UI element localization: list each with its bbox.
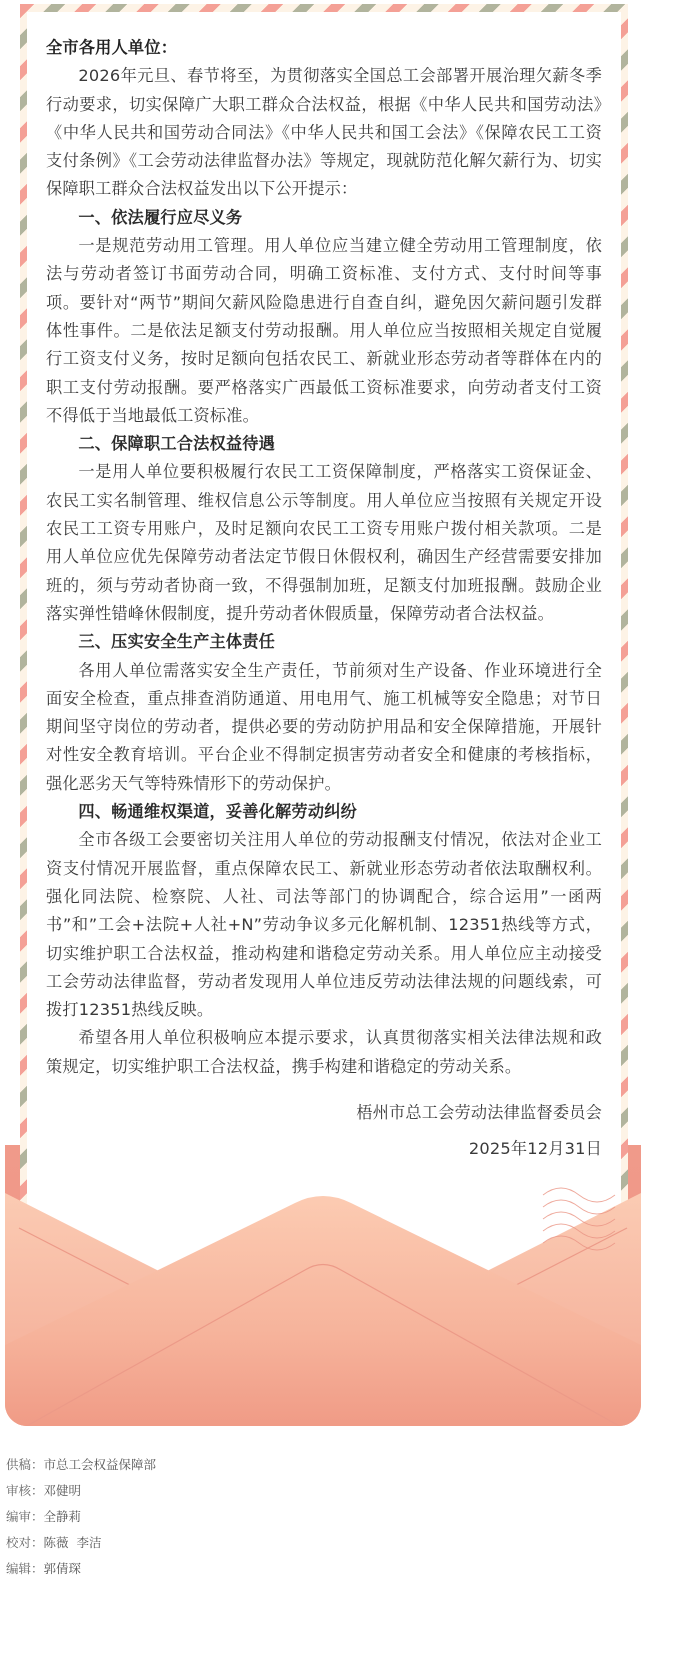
credit-row: 校对： 陈薇 李洁 [6, 1530, 156, 1556]
closing-paragraph: 希望各用人单位积极响应本提示要求，认真贯彻落实相关法律法规和政策规定，切实维护职… [46, 1024, 602, 1081]
section-body-2: 一是用人单位要积极履行农民工工资保障制度，严格落实工资保证金、农民工实名制管理、… [46, 458, 602, 628]
section-body-3: 各用人单位需落实安全生产责任，节前须对生产设备、作业环境进行全面安全检查，重点排… [46, 657, 602, 798]
section-heading-1: 一、依法履行应尽义务 [46, 204, 602, 232]
credit-value: 市总工会权益保障部 [44, 1452, 157, 1478]
intro-paragraph: 2026年元旦、春节将至，为贯彻落实全国总工会部署开展治理欠薪冬季行动要求，切实… [46, 62, 602, 203]
credit-row: 编辑： 郭倩琛 [6, 1556, 156, 1582]
credits-list: 供稿： 市总工会权益保障部 审核： 邓健明 编审： 全静莉 校对： 陈薇 李洁 … [6, 1452, 156, 1582]
credit-value: 邓健明 [44, 1478, 82, 1504]
credit-row: 供稿： 市总工会权益保障部 [6, 1452, 156, 1478]
salutation: 全市各用人单位： [46, 34, 602, 62]
credit-label: 校对： [6, 1530, 44, 1556]
credit-label: 编审： [6, 1504, 44, 1530]
credit-row: 审核： 邓健明 [6, 1478, 156, 1504]
section-heading-4: 四、畅通维权渠道，妥善化解劳动纠纷 [46, 798, 602, 826]
credit-value: 全静莉 [44, 1504, 82, 1530]
section-body-4: 全市各级工会要密切关注用人单位的劳动报酬支付情况，依法对企业工资支付情况开展监督… [46, 826, 602, 1024]
section-heading-2: 二、保障职工合法权益待遇 [46, 430, 602, 458]
credit-label: 编辑： [6, 1556, 44, 1582]
date: 2025年12月31日 [46, 1135, 602, 1163]
letter-content: 全市各用人单位： 2026年元旦、春节将至，为贯彻落实全国总工会部署开展治理欠薪… [46, 34, 602, 1164]
spacer [46, 1081, 602, 1099]
credit-label: 供稿： [6, 1452, 44, 1478]
credit-row: 编审： 全静莉 [6, 1504, 156, 1530]
section-body-1: 一是规范劳动用工管理。用人单位应当建立健全劳动用工管理制度，依法与劳动者签订书面… [46, 232, 602, 430]
credit-value: 郭倩琛 [44, 1556, 82, 1582]
credit-value: 陈薇 李洁 [44, 1530, 102, 1556]
credit-label: 审核： [6, 1478, 44, 1504]
section-heading-3: 三、压实安全生产主体责任 [46, 628, 602, 656]
signature: 梧州市总工会劳动法律监督委员会 [46, 1099, 602, 1127]
